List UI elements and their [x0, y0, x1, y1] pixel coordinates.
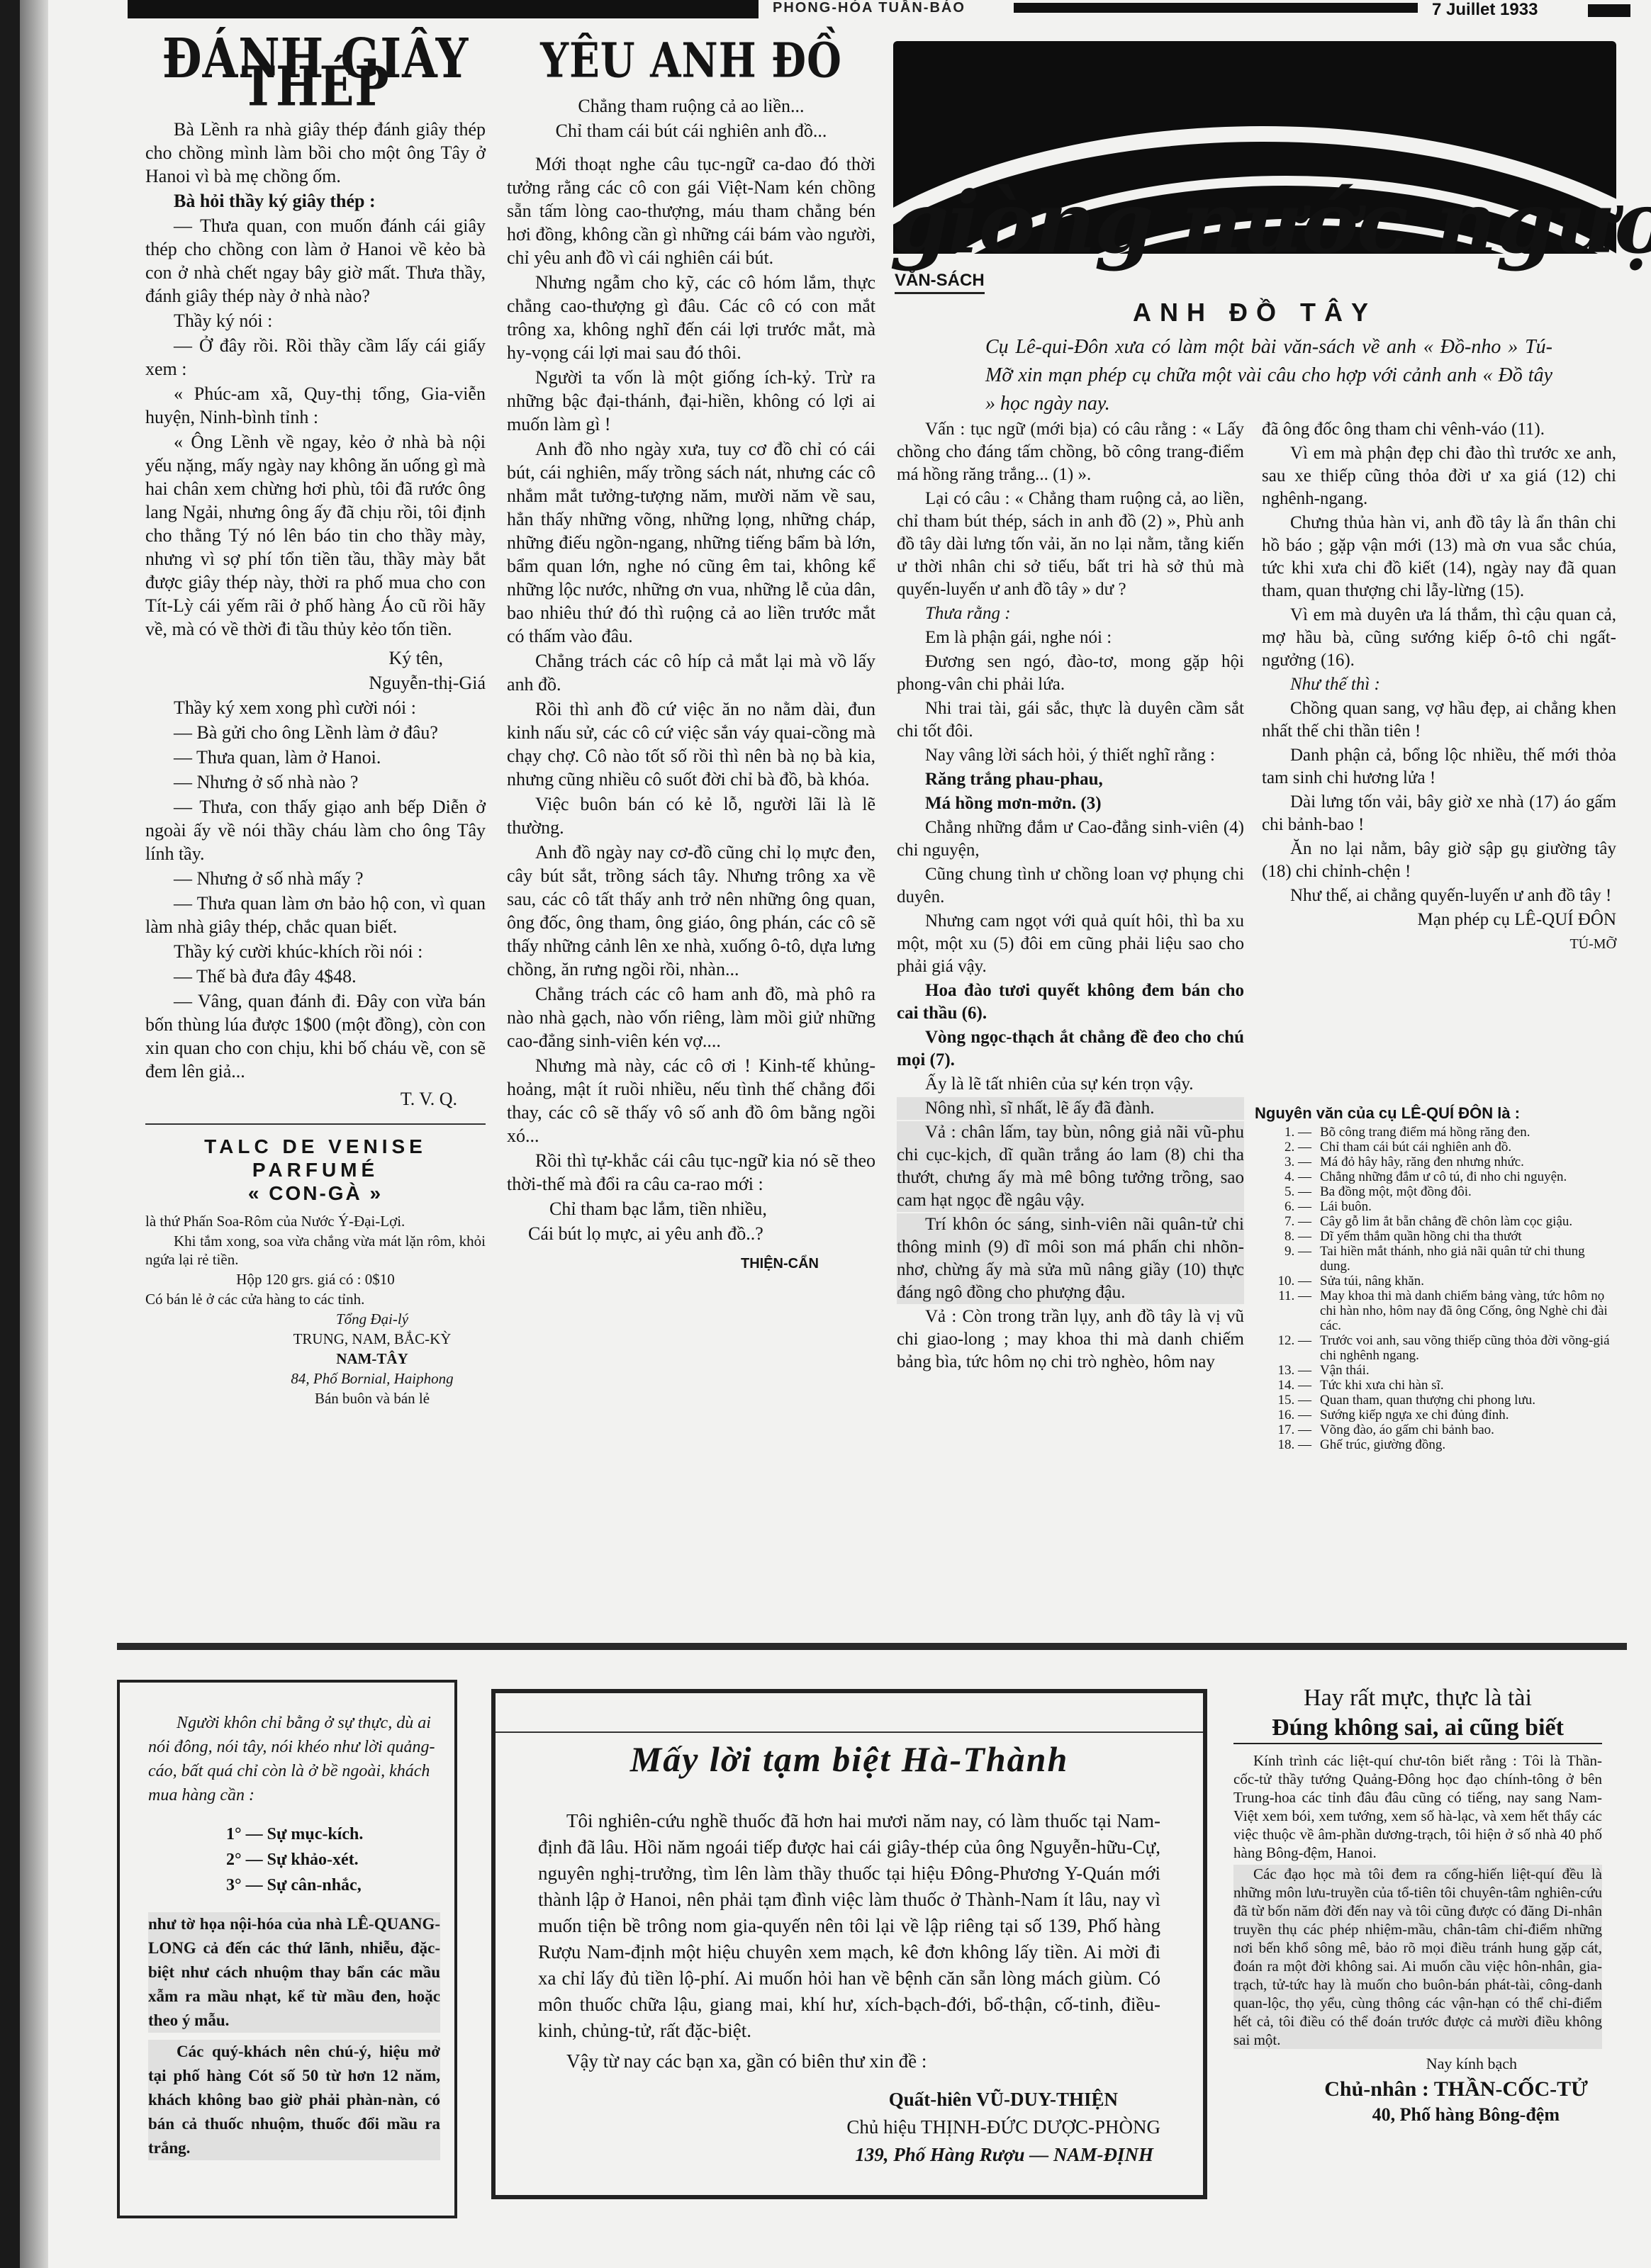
footnote-text: Sướng kiếp ngựa xe chi đủng đỉnh. [1320, 1408, 1509, 1422]
paragraph: Lại có câu : « Chẳng tham ruộng cả, ao l… [897, 488, 1244, 601]
ad-closing: Vậy từ nay các bạn xa, gần có biên thư x… [538, 2048, 1160, 2075]
paragraph: Hoa đào tươi quyết không đem bán cho cai… [897, 979, 1244, 1025]
footnote-text: Bõ công trang điểm má hồng răng đen. [1320, 1125, 1530, 1140]
ad-retail: Có bán lẻ ở các cửa hàng to các tỉnh. [145, 1290, 486, 1308]
masthead-rule-left [128, 0, 759, 18]
footnote-item: 5. —Ba đồng một, một đồng đôi. [1255, 1184, 1616, 1199]
dialogue-line: — Nhưng ở số nhà mấy ? [145, 867, 486, 890]
paragraph: Thưa rằng : [897, 602, 1244, 625]
dialogue-line: — Thưa quan làm ơn bảo hộ con, vì quan l… [145, 892, 486, 938]
ad-list-item: 3° — Sự cân-nhắc, [226, 1873, 440, 1898]
ad-title-line: Hay rất mực, thực là tài [1233, 1683, 1602, 1713]
footnotes: Nguyên văn của cụ LÊ-QUÍ ĐÔN là : 1. —Bõ… [1255, 1106, 1616, 1452]
footnote-number: 12. — [1255, 1333, 1320, 1363]
paragraph: Anh đồ nho ngày xưa, tuy cơ đồ chỉ có cá… [507, 437, 875, 648]
article-danh-giay-thep: ĐÁNH GIÂY THÉP Bà Lềnh ra nhà giây thép … [145, 50, 486, 1409]
ad-body: Tôi nghiên-cứu nghề thuốc đã hơn hai mươ… [538, 1808, 1160, 2044]
ad-address: 40, Phố hàng Bông-đệm [1233, 2104, 1560, 2126]
footnote-text: May khoa thi mà danh chiếm bảng vàng, tứ… [1320, 1289, 1616, 1333]
paragraph: Vả : chân lấm, tay bùn, nông giả nãi vũ-… [897, 1121, 1244, 1212]
paragraph: — Ở đây rồi. Rồi thầy cầm lấy cái giấy x… [145, 334, 486, 381]
paragraph: Mới thoạt nghe câu tục-ngữ ca-dao đó thờ… [507, 152, 875, 269]
footnote-number: 14. — [1255, 1378, 1320, 1393]
signature-label: Ký tên, [145, 646, 486, 670]
article-title: ANH ĐỒ TÂY [893, 298, 1616, 327]
issue-date: 7 Juillet 1933 [1432, 0, 1538, 20]
paragraph: — Thưa quan, con muốn đánh cái giây thép… [145, 214, 486, 308]
footnote-number: 13. — [1255, 1363, 1320, 1378]
footnote-text: Quan tham, quan thượng chi phong lưu. [1320, 1393, 1535, 1408]
footnote-number: 9. — [1255, 1244, 1320, 1274]
ad-address: 139, Phố Hàng Rượu — NAM-ĐỊNH [538, 2144, 1153, 2166]
ad-top-rule [496, 1731, 1203, 1733]
paragraph: Nhưng mà này, các cô ơi ! Kinh-tế khủng-… [507, 1054, 875, 1147]
ad-title-line: Đúng không sai, ai cũng biết [1233, 1713, 1602, 1744]
ad-body: Kính trình các liệt-quí chư-tôn biết rằn… [1233, 1751, 1602, 1862]
footnote-number: 15. — [1255, 1393, 1320, 1408]
van-sach-column-1: Vấn : tục ngữ (mới bịa) có câu rằng : « … [897, 418, 1244, 1375]
ad-body: Các đạo học mà tôi đem ra cống-hiến liệt… [1233, 1865, 1602, 2049]
paragraph: Vì em mà phận đẹp chi đào thì trước xe a… [1262, 442, 1616, 510]
footnote-item: 11. —May khoa thi mà danh chiếm bảng vàn… [1255, 1289, 1616, 1333]
footnote-number: 4. — [1255, 1169, 1320, 1184]
verse-line: Răng trắng phau-phau, [897, 768, 1244, 791]
paragraph: Nhưng ngẫm cho kỹ, các cô hóm lắm, thực … [507, 271, 875, 364]
footnote-item: 3. —Má đỏ hây hây, răng đen nhưng nhức. [1255, 1155, 1616, 1169]
paragraph: Chẳng những đắm ư Cao-đẳng sinh-viên (4)… [897, 816, 1244, 862]
paragraph: Chẳng trách các cô híp cả mắt lại mà vồ … [507, 649, 875, 696]
paragraph: Dài lưng tốn vải, bây giờ xe nhà (17) áo… [1262, 791, 1616, 836]
ad-agent-label: Tổng Đại-lý [145, 1310, 486, 1328]
section-divider [117, 1643, 1627, 1650]
footnote-item: 4. —Chẳng những đắm ư cô tú, đi nho chi … [1255, 1169, 1616, 1184]
footnote-item: 2. —Chỉ tham cái bút cái nghiên anh đồ. [1255, 1140, 1616, 1155]
ad-quang-long: Người khôn chỉ bằng ở sự thực, dù ai nói… [117, 1680, 457, 2218]
footnote-item: 7. —Cây gỗ lim ắt bẵn chẳng đề chôn làm … [1255, 1214, 1616, 1229]
ad-brand: « CON-GÀ » [145, 1181, 486, 1205]
paragraph: Danh phận cả, bổng lộc nhiều, thế mới th… [1262, 744, 1616, 790]
article-yeu-anh-do: YÊU ANH ĐỒ Chẳng tham ruộng cả ao liền..… [507, 50, 875, 1277]
dialogue-line: Thầy ký cười khúc-khích rồi nói : [145, 940, 486, 963]
ad-body: Các quý-khách nên chú-ý, hiệu mở tại phố… [148, 2040, 440, 2160]
paragraph: Thầy ký nói : [145, 309, 486, 332]
section-label: VĂN-SÁCH [895, 271, 985, 294]
scan-shadow [20, 0, 48, 2268]
ad-list-item: 2° — Sự khảo-xét. [226, 1847, 440, 1873]
ad-closing: Nay kính bạch [1233, 2055, 1517, 2073]
article-author: THIỆN-CẨN [507, 1252, 875, 1276]
footnote-item: 15. —Quan tham, quan thượng chi phong lư… [1255, 1393, 1616, 1408]
article-intro: Cụ Lê-qui-Đôn xưa có làm một bài văn-sác… [985, 333, 1552, 418]
footnote-text: Tức khi xưa chi hàn sĩ. [1320, 1378, 1444, 1393]
footnote-text: Vận thái. [1320, 1363, 1370, 1378]
ad-agent-address: 84, Phố Bornial, Haiphong [145, 1369, 486, 1388]
paragraph: Em là phận gái, nghe nói : [897, 627, 1244, 649]
ad-agent-name: NAM-TÂY [145, 1349, 486, 1368]
dialogue-line: — Nhưng ở số nhà nào ? [145, 770, 486, 794]
dialogue-line: — Thưa, con thấy giạo anh bếp Diễn ở ngo… [145, 795, 486, 865]
footnote-number: 16. — [1255, 1408, 1320, 1422]
paragraph: Như thế, ai chẳng quyến-luyến ư anh đồ t… [1262, 885, 1616, 907]
ad-owner: Chủ-nhân : THẦN-CỐC-TỬ [1233, 2077, 1588, 2101]
footnote-number: 6. — [1255, 1199, 1320, 1214]
epigraph-line: Chẳng tham ruộng cả ao liền... [507, 94, 875, 118]
ad-line: Khi tắm xong, soa vừa chắng vừa mát lặn … [145, 1232, 486, 1269]
ad-agent-note: Bán buôn và bán lẻ [145, 1389, 486, 1408]
scan-edge [0, 0, 20, 2268]
paragraph: Ấy là lẽ tất nhiên của sự kén trọn vậy. [897, 1073, 1244, 1096]
footnote-item: 17. —Võng đào, áo gấm chi bảnh bao. [1255, 1422, 1616, 1437]
paragraph: Vì em mà duyên ưa lá thắm, thì cậu quan … [1262, 604, 1616, 672]
paragraph: Nay vâng lời sách hỏi, ý thiết nghĩ rằng… [897, 744, 1244, 767]
dialogue-line: — Vâng, quan đánh đi. Đây con vừa bán bố… [145, 989, 486, 1083]
article-title: YÊU ANH ĐỒ [507, 47, 875, 76]
verse-line: Chỉ tham bạc lắm, tiền nhiều, [507, 1197, 875, 1220]
paragraph: Vả : Còn trong trần lụy, anh đồ tây là v… [897, 1306, 1244, 1374]
footnote-item: 1. —Bõ công trang điểm má hồng răng đen. [1255, 1125, 1616, 1140]
publication-name: PHONG-HÓA TUẦN-BÁO [773, 0, 966, 16]
paragraph: Nhưng cam ngọt với quả quít hôi, thì ba … [897, 910, 1244, 978]
paragraph: Nhi trai tài, gái sắc, thực là duyên cầm… [897, 697, 1244, 743]
paragraph: « Phúc-am xã, Quy-thị tổng, Gia-viễn huy… [145, 382, 486, 429]
paragraph: Việc buôn bán có kẻ lỗ, người lãi là lẽ … [507, 792, 875, 839]
footnote-item: 9. —Tai hiền mắt thánh, nho giả nãi quân… [1255, 1244, 1616, 1274]
footnote-number: 1. — [1255, 1125, 1320, 1140]
paragraph: Trí khôn óc sáng, sinh-viên nãi quân-tử … [897, 1213, 1244, 1304]
paragraph: « Ông Lềnh về ngay, kẻo ở nhà bà nội yếu… [145, 430, 486, 641]
verse-line: Cái bút lọ mực, ai yêu anh đồ..? [507, 1222, 875, 1245]
footnote-item: 12. —Trước voi anh, sau võng thiếp cũng … [1255, 1333, 1616, 1363]
footnote-item: 8. —Dĩ yếm thắm quần hồng chi tha thướt [1255, 1229, 1616, 1244]
paragraph: Ăn no lại nằm, bây giờ sập gụ giường tây… [1262, 838, 1616, 883]
footnote-number: 2. — [1255, 1140, 1320, 1155]
dialogue-line: Thầy ký xem xong phì cười nói : [145, 696, 486, 719]
footnote-item: 16. —Sướng kiếp ngựa xe chi đủng đỉnh. [1255, 1408, 1616, 1422]
paragraph: Rồi thì tự-khắc cái câu tục-ngữ kia nó s… [507, 1149, 875, 1196]
footnote-text: Võng đào, áo gấm chi bảnh bao. [1320, 1422, 1494, 1437]
footnote-text: Ghế trúc, giường đồng. [1320, 1437, 1445, 1452]
footnote-item: 14. —Tức khi xưa chi hàn sĩ. [1255, 1378, 1616, 1393]
paragraph: Vấn : tục ngữ (mới bịa) có câu rằng : « … [897, 418, 1244, 486]
footnote-item: 13. —Vận thái. [1255, 1363, 1616, 1378]
ad-agent-region: TRUNG, NAM, BẮC-KỲ [145, 1330, 486, 1348]
ad-role: Chủ hiệu THỊNH-ĐỨC DƯỢC-PHÒNG [538, 2116, 1160, 2138]
footnote-number: 17. — [1255, 1422, 1320, 1437]
footnote-list: 1. —Bõ công trang điểm má hồng răng đen.… [1255, 1125, 1616, 1452]
signoff: Mạn phép cụ LÊ-QUÍ ĐÔN [1262, 909, 1616, 931]
paragraph: Người ta vốn là một giống ích-kỷ. Trừ ra… [507, 366, 875, 436]
paragraph: Rồi thì anh đồ cứ việc ăn no nằm dài, đu… [507, 697, 875, 791]
paragraph: Cũng chung tình ư chồng loan vợ phụng ch… [897, 863, 1244, 909]
article-title: ĐÁNH GIÂY THÉP [145, 45, 486, 101]
footnote-text: Má đỏ hây hây, răng đen nhưng nhức. [1320, 1155, 1524, 1169]
paragraph: Nông nhì, sĩ nhất, lẽ ấy đã đành. [897, 1097, 1244, 1120]
paragraph: Vòng ngọc-thạch ắt chẳng đề đeo cho chú … [897, 1026, 1244, 1072]
footnote-text: Lái buôn. [1320, 1199, 1372, 1214]
paragraph: Như thế thì : [1262, 673, 1616, 696]
ad-intro: Người khôn chỉ bằng ở sự thực, dù ai nói… [148, 1711, 440, 1807]
footnote-number: 11. — [1255, 1289, 1320, 1333]
signature-name: Nguyễn-thị-Giá [145, 671, 486, 695]
footnote-item: 18. —Ghế trúc, giường đồng. [1255, 1437, 1616, 1452]
footnote-number: 8. — [1255, 1229, 1320, 1244]
footnote-text: Ba đồng một, một đồng đôi. [1320, 1184, 1472, 1199]
paragraph: Đương sen ngó, đào-tơ, mong gặp hội phon… [897, 651, 1244, 696]
footnote-number: 10. — [1255, 1274, 1320, 1289]
footnote-number: 3. — [1255, 1155, 1320, 1169]
ad-price: Hộp 120 grs. giá có : 0$10 [145, 1270, 486, 1289]
divider [145, 1123, 486, 1125]
ad-body: như tờ họa nội-hóa của nhà LÊ-QUANG-LONG… [148, 1912, 440, 2033]
dialogue-line: — Thế bà đưa đây 4$48. [145, 965, 486, 988]
paragraph: Anh đồ ngày nay cơ-đồ cũng chỉ lọ mực đe… [507, 841, 875, 981]
verse-line: Má hồng mơn-mởn. (3) [897, 792, 1244, 815]
ad-talc-con-ga: TALC DE VENISE PARFUMÉ « CON-GÀ » là thứ… [145, 1135, 486, 1408]
article-author: T. V. Q. [145, 1087, 486, 1111]
footnote-text: Cây gỗ lim ắt bẵn chẳng đề chôn làm cọc … [1320, 1214, 1572, 1229]
ad-vu-duy-thien: Mấy lời tạm biệt Hà-Thành Tôi nghiên-cứu… [491, 1689, 1207, 2199]
ad-title: TALC DE VENISE PARFUMÉ [145, 1135, 486, 1181]
footnote-number: 18. — [1255, 1437, 1320, 1452]
banner-script-title: giòng nước ngược [890, 181, 1627, 266]
ad-title: Mấy lời tạm biệt Hà-Thành [538, 1739, 1160, 1780]
dialogue-line: — Bà gửi cho ông Lềnh làm ở đâu? [145, 721, 486, 744]
footnote-item: 6. —Lái buôn. [1255, 1199, 1616, 1214]
article-author: TÚ-MỠ [1262, 933, 1616, 955]
ad-than-coc-tu: Hay rất mực, thực là tài Đúng không sai,… [1233, 1683, 1602, 2126]
footnote-text: Dĩ yếm thắm quần hồng chi tha thướt [1320, 1229, 1522, 1244]
page-number-mark [1588, 4, 1630, 17]
ad-line: là thứ Phấn Soa-Rôm của Nước Ý-Đại-Lợi. [145, 1212, 486, 1230]
paragraph: Chẳng trách các cô ham anh đồ, mà phô ra… [507, 982, 875, 1052]
footnote-text: Tai hiền mắt thánh, nho giả nãi quân tử … [1320, 1244, 1616, 1274]
footnote-text: Chỉ tham cái bút cái nghiên anh đồ. [1320, 1140, 1511, 1155]
van-sach-column-2: đã ông đốc ông tham chi vênh-váo (11). V… [1262, 418, 1616, 957]
paragraph: Chưng thủa hàn vi, anh đồ tây là ẩn thân… [1262, 512, 1616, 602]
paragraph: Bà Lềnh ra nhà giây thép đánh giây thép … [145, 118, 486, 188]
footnote-text: Chẳng những đắm ư cô tú, đi nho chi nguy… [1320, 1169, 1567, 1184]
masthead-rule-right [1014, 3, 1418, 13]
footnote-number: 5. — [1255, 1184, 1320, 1199]
footnote-text: Trước voi anh, sau võng thiếp cũng thỏa … [1320, 1333, 1616, 1363]
ad-name: Quất-hiên VŨ-DUY-THIỆN [538, 2089, 1118, 2111]
footnote-text: Sửa túi, nâng khăn. [1320, 1274, 1424, 1289]
footnote-number: 7. — [1255, 1214, 1320, 1229]
footnotes-heading: Nguyên văn của cụ LÊ-QUÍ ĐÔN là : [1255, 1106, 1616, 1121]
paragraph: Bà hỏi thầy ký giây thép : [145, 189, 486, 213]
dialogue-line: — Thưa quan, làm ở Hanoi. [145, 746, 486, 769]
epigraph-line: Chỉ tham cái bút cái nghiên anh đồ... [507, 119, 875, 142]
footnote-item: 10. —Sửa túi, nâng khăn. [1255, 1274, 1616, 1289]
paragraph: đã ông đốc ông tham chi vênh-váo (11). [1262, 418, 1616, 441]
ad-list-item: 1° — Sự mục-kích. [226, 1821, 440, 1847]
paragraph: Chồng quan sang, vợ hầu đẹp, ai chẳng kh… [1262, 697, 1616, 743]
